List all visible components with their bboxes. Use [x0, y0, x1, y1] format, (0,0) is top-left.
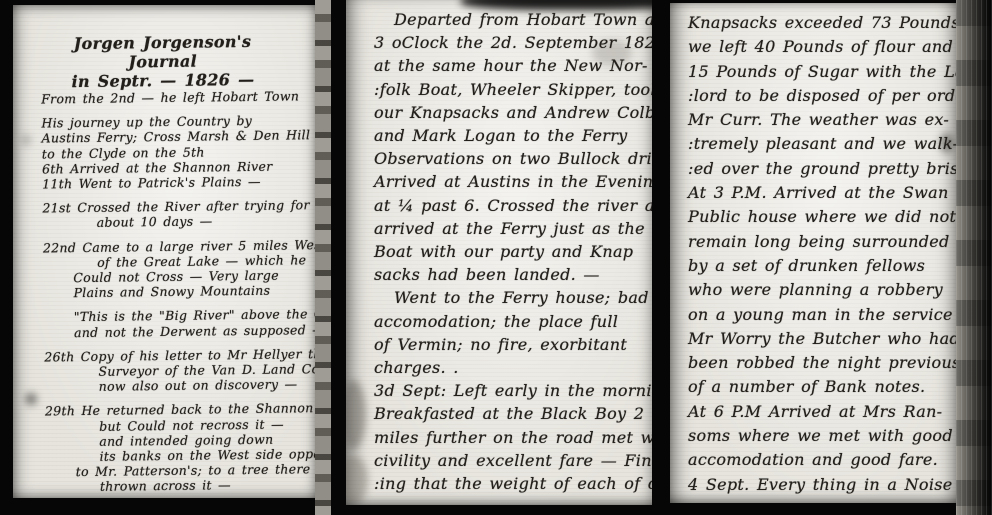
manuscript-line: Departed from Hobart Town at [374, 8, 644, 31]
manuscript-line: Mr Curr. The weather was ex- [688, 108, 950, 132]
manuscript-line: From the 2nd — he left Hobart Town [41, 88, 307, 106]
manuscript-line: Plains and Snowy Mountains [43, 282, 309, 300]
paper-middle: Departed from Hobart Town at3 oClock the… [346, 0, 652, 505]
manuscript-line: :lord to be disposed of per order of [688, 84, 950, 108]
manuscript-line: 3d Sept: Left early in the morning [374, 379, 644, 402]
manuscript-line: Breakfasted at the Black Boy 2 [374, 402, 644, 425]
manuscript-line: arrived at the Ferry just as the [374, 217, 644, 240]
manuscript-line: accomodation and good fare. [688, 448, 950, 472]
page-text: Knapsacks exceeded 73 Pounds,we left 40 … [670, 3, 956, 497]
manuscript-line: miles further on the road met with [374, 426, 644, 449]
manuscript-line: charges. . [374, 356, 644, 379]
manuscript-line: Jorgen Jorgenson's Journal [40, 31, 306, 72]
manuscript-line: Boat with our party and Knap [374, 240, 644, 263]
manuscript-line: who were planning a robbery [688, 278, 950, 302]
page-text: Departed from Hobart Town at3 oClock the… [346, 0, 652, 495]
manuscript-line: at the same hour the New Nor- [374, 54, 644, 77]
manuscript-line: :ed over the ground pretty briskly. [688, 157, 950, 181]
manuscript-line: At 6 P.M Arrived at Mrs Ran- [688, 400, 950, 424]
manuscript-line: accomodation; the place full [374, 310, 644, 333]
manuscript-line: we left 40 Pounds of flour and [688, 35, 950, 59]
page-text: Jorgen Jorgenson's Journalin Septr. — 18… [13, 5, 315, 495]
manuscript-line: 3 oClock the 2d. September 1826 when [374, 31, 644, 54]
paper-left: Jorgen Jorgenson's Journalin Septr. — 18… [13, 5, 315, 498]
manuscript-line: of Vermin; no fire, exorbitant [374, 333, 644, 356]
manuscript-line: civility and excellent fare — Find- [374, 449, 644, 472]
book-page-edge [315, 0, 331, 515]
manuscript-line: Arrived at Austins in the Evening [374, 170, 644, 193]
manuscript-line: about 10 days — [43, 213, 309, 231]
manuscript-line: Went to the Ferry house; bad [374, 286, 644, 309]
manuscript-line: :folk Boat, Wheeler Skipper, took [374, 78, 644, 101]
manuscript-line: on a young man in the service of [688, 303, 950, 327]
manuscript-line: our Knapsacks and Andrew Colbert [374, 101, 644, 124]
paper-right: Knapsacks exceeded 73 Pounds,we left 40 … [670, 3, 956, 503]
manuscript-line: thrown across it — [46, 477, 312, 495]
manuscript-line: and not the Derwent as supposed — [44, 322, 310, 340]
manuscript-line: Public house where we did not [688, 205, 950, 229]
journal-page-right: Knapsacks exceeded 73 Pounds,we left 40 … [655, 0, 992, 515]
manuscript-line: been robbed the night previous [688, 351, 950, 375]
manuscript-line: by a set of drunken fellows [688, 254, 950, 278]
manuscript-line: At 3 P.M. Arrived at the Swan [688, 181, 950, 205]
manuscript-line: :tremely pleasant and we walk- [688, 132, 950, 156]
manuscript-line: Knapsacks exceeded 73 Pounds, [688, 11, 950, 35]
journal-page-left: Jorgen Jorgenson's Journalin Septr. — 18… [0, 0, 331, 515]
manuscript-line: sacks had been landed. — [374, 263, 644, 286]
manuscript-line: Mr Worry the Butcher who had [688, 327, 950, 351]
journal-page-middle: Departed from Hobart Town at3 oClock the… [331, 0, 655, 515]
manuscript-line: 6th Arrived at the Shannon River [42, 158, 308, 176]
manuscript-line: now also out on discovery — [45, 376, 311, 394]
manuscript-line: of a number of Bank notes. [688, 375, 950, 399]
manuscript-line: and Mark Logan to the Ferry [374, 124, 644, 147]
journal-scan: Jorgen Jorgenson's Journalin Septr. — 18… [0, 0, 992, 515]
manuscript-line: 11th Went to Patrick's Plains — [42, 173, 308, 191]
manuscript-line: at ¼ past 6. Crossed the river and [374, 194, 644, 217]
manuscript-line: Observations on two Bullock drivers [374, 147, 644, 170]
book-outer-edge [956, 0, 992, 515]
manuscript-line: Austins Ferry; Cross Marsh & Den Hill [42, 128, 308, 146]
manuscript-line: 15 Pounds of Sugar with the Land- [688, 60, 950, 84]
manuscript-line: soms where we met with good [688, 424, 950, 448]
manuscript-line: 4 Sept. Every thing in a Noise [688, 473, 950, 497]
manuscript-line: :ing that the weight of each of our [374, 472, 644, 495]
manuscript-line: remain long being surrounded [688, 230, 950, 254]
